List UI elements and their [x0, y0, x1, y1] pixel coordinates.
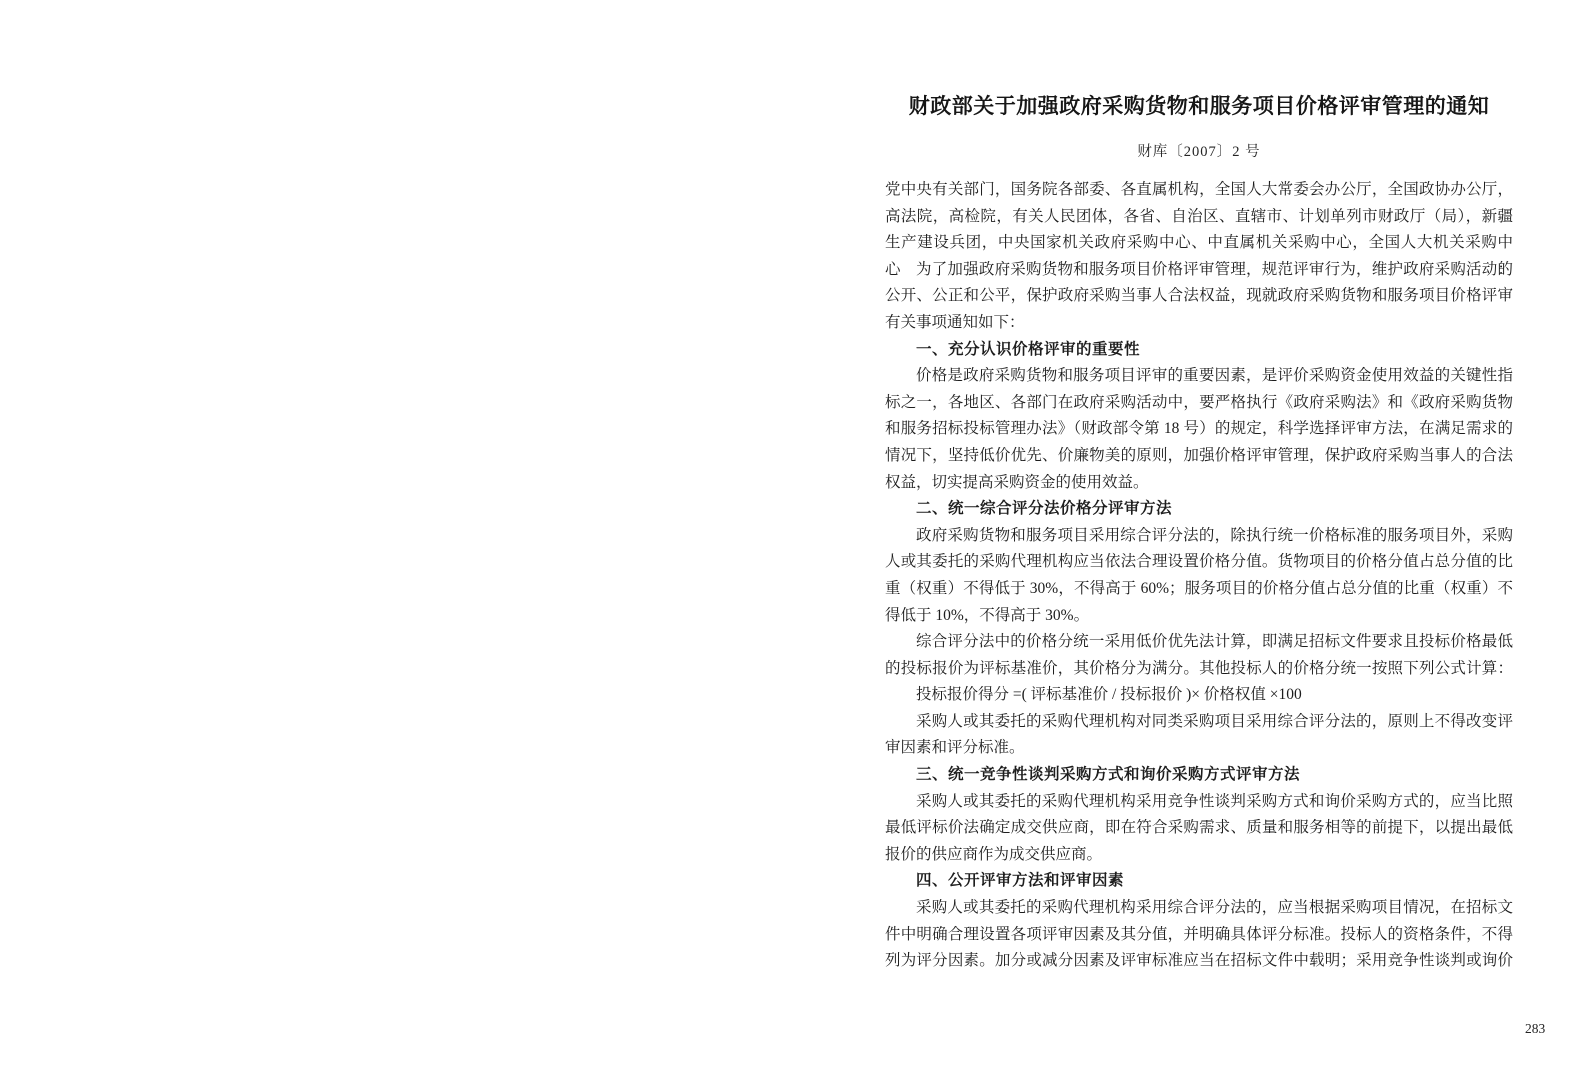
body-line: 有关事项通知如下： — [885, 310, 1513, 337]
body-line: 政府采购货物和服务项目采用综合评分法的，除执行统一价格标准的服务项目外，采购 — [885, 523, 1513, 550]
document-title: 财政部关于加强政府采购货物和服务项目价格评审管理的通知 — [885, 90, 1513, 120]
body-line: 党中央有关部门，国务院各部委、各直属机构，全国人大常委会办公厅，全国政协办公厅， — [885, 177, 1513, 204]
section-heading: 二、统一综合评分法价格分评审方法 — [885, 496, 1513, 523]
body-line: 投标报价得分 =( 评标基准价 / 投标报价 )× 价格权值 ×100 — [885, 682, 1513, 709]
body-line: 采购人或其委托的采购代理机构采用竞争性谈判采购方式和询价采购方式的，应当比照 — [885, 789, 1513, 816]
body-line: 公开、公正和公平，保护政府采购当事人合法权益，现就政府采购货物和服务项目价格评审 — [885, 283, 1513, 310]
body-line: 权益，切实提高采购资金的使用效益。 — [885, 470, 1513, 497]
body-line: 价格是政府采购货物和服务项目评审的重要因素，是评价采购资金使用效益的关键性指 — [885, 363, 1513, 390]
body-line: 和服务招标投标管理办法》（财政部令第 18 号）的规定，科学选择评审方法，在满足… — [885, 416, 1513, 443]
body-line: 审因素和评分标准。 — [885, 735, 1513, 762]
body-line: 综合评分法中的价格分统一采用低价优先法计算，即满足招标文件要求且投标价格最低 — [885, 629, 1513, 656]
body-line: 得低于 10%，不得高于 30%。 — [885, 603, 1513, 630]
body-line: 报价的供应商作为成交供应商。 — [885, 842, 1513, 869]
book-page: 财政部关于加强政府采购货物和服务项目价格评审管理的通知 财库〔2007〕2 号 … — [0, 0, 1587, 1077]
document-number: 财库〔2007〕2 号 — [885, 140, 1513, 161]
body-line: 标之一，各地区、各部门在政府采购活动中，要严格执行《政府采购法》和《政府采购货物 — [885, 390, 1513, 417]
body-line: 重（权重）不得低于 30%，不得高于 60%；服务项目的价格分值占总分值的比重（… — [885, 576, 1513, 603]
body-line: 最低评标价法确定成交供应商，即在符合采购需求、质量和服务相等的前提下，以提出最低 — [885, 815, 1513, 842]
document-body: 党中央有关部门，国务院各部委、各直属机构，全国人大常委会办公厅，全国政协办公厅，… — [885, 177, 1513, 975]
body-line: 为了加强政府采购货物和服务项目价格评审管理，规范评审行为，维护政府采购活动的 — [885, 257, 1513, 284]
body-line: 列为评分因素。加分或减分因素及评审标准应当在招标文件中载明；采用竞争性谈判或询价 — [885, 948, 1513, 975]
body-line: 人或其委托的采购代理机构应当依法合理设置价格分值。货物项目的价格分值占总分值的比 — [885, 549, 1513, 576]
body-line: 生产建设兵团，中央国家机关政府采购中心、中直属机关采购中心，全国人大机关采购中心… — [885, 230, 1513, 257]
body-line: 高法院，高检院，有关人民团体，各省、自治区、直辖市、计划单列市财政厅（局），新疆 — [885, 204, 1513, 231]
section-heading: 四、公开评审方法和评审因素 — [885, 868, 1513, 895]
body-line: 件中明确合理设置各项评审因素及其分值，并明确具体评分标准。投标人的资格条件，不得 — [885, 922, 1513, 949]
page-number: 283 — [1525, 1021, 1545, 1037]
body-line: 的投标报价为评标基准价，其价格分为满分。其他投标人的价格分统一按照下列公式计算： — [885, 656, 1513, 683]
content-column: 财政部关于加强政府采购货物和服务项目价格评审管理的通知 财库〔2007〕2 号 … — [885, 0, 1513, 1077]
body-line: 采购人或其委托的采购代理机构对同类采购项目采用综合评分法的，原则上不得改变评 — [885, 709, 1513, 736]
section-heading: 三、统一竞争性谈判采购方式和询价采购方式评审方法 — [885, 762, 1513, 789]
body-line: 采购人或其委托的采购代理机构采用综合评分法的，应当根据采购项目情况，在招标文 — [885, 895, 1513, 922]
section-heading: 一、充分认识价格评审的重要性 — [885, 337, 1513, 364]
body-line: 情况下，坚持低价优先、价廉物美的原则，加强价格评审管理，保护政府采购当事人的合法 — [885, 443, 1513, 470]
